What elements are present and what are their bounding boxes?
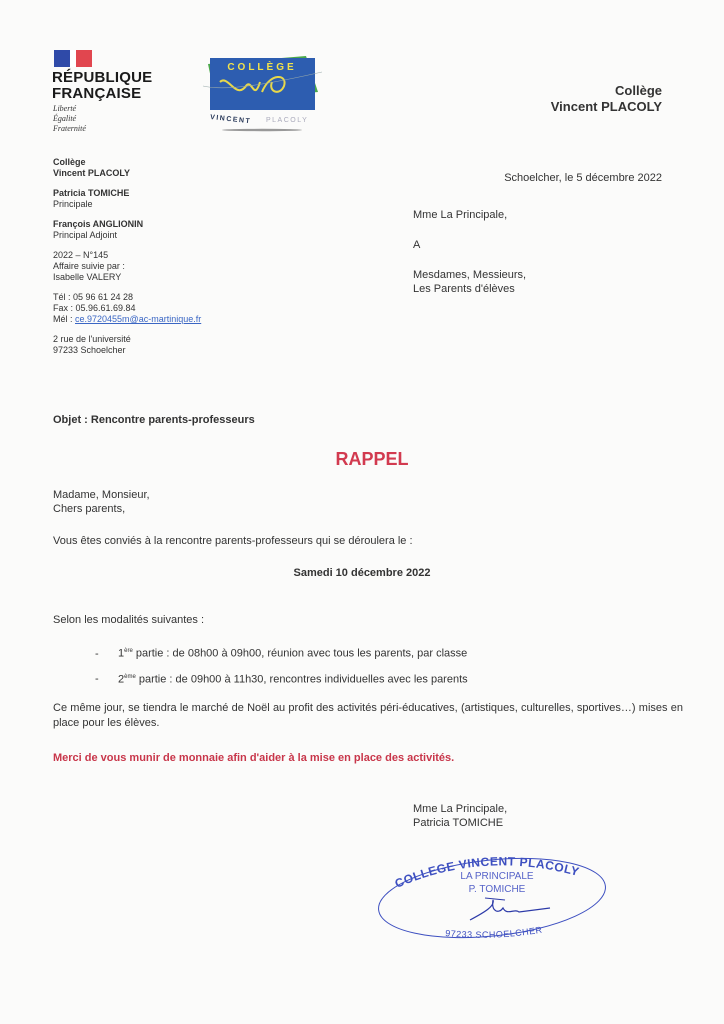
svg-text:COLLÈGE: COLLÈGE — [227, 60, 296, 73]
motto-egalite: Égalité — [53, 114, 86, 124]
sender-info: Collège Vincent PLACOLY Patricia TOMICHE… — [53, 157, 201, 365]
republique-francaise-flag-icon — [54, 50, 92, 67]
letter-body: Madame, Monsieur, Chers parents, Vous êt… — [53, 488, 673, 548]
signature-line2: Patricia TOMICHE — [413, 816, 507, 830]
bullet: - — [95, 643, 118, 666]
telephone: Tél : 05 96 61 24 28 — [53, 292, 201, 303]
college-logo: COLLÈGE VINCENT PLACOLY — [198, 52, 323, 132]
college-title-line2: Vincent PLACOLY — [551, 99, 662, 115]
item-text: partie : de 08h00 à 09h00, réunion avec … — [133, 648, 468, 660]
college-title: Collège Vincent PLACOLY — [551, 83, 662, 115]
principal-name: Patricia TOMICHE — [53, 188, 201, 199]
svg-text:P. TOMICHE: P. TOMICHE — [469, 884, 526, 895]
rappel-heading: RAPPEL — [0, 449, 724, 470]
modalites-list: -1ère partie : de 08h00 à 09h00, réunion… — [95, 640, 468, 691]
item-ordinal: ème — [124, 674, 136, 680]
recipient-to-line2: Les Parents d'élèves — [413, 282, 526, 296]
official-stamp: COLLEGE VINCENT PLACOLY LA PRINCIPALE P.… — [375, 852, 610, 942]
principal-title: Principale — [53, 199, 201, 210]
svg-text:97233 SCHOELCHER: 97233 SCHOELCHER — [445, 925, 543, 940]
motto-liberte: Liberté — [53, 104, 86, 114]
recipient-a: A — [413, 238, 526, 252]
email-line: Mél : ce.9720455m@ac-martinique.fr — [53, 314, 201, 325]
republic-motto: Liberté Égalité Fraternité — [53, 104, 86, 134]
item-ordinal: ère — [124, 648, 133, 654]
list-item: -1ère partie : de 08h00 à 09h00, réunion… — [95, 640, 468, 666]
college-title-line1: Collège — [551, 83, 662, 99]
svg-text:PLACOLY: PLACOLY — [266, 117, 308, 124]
recipient-from: Mme La Principale, — [413, 208, 526, 222]
item-text: partie : de 09h00 à 11h30, rencontres in… — [136, 673, 468, 685]
signature-block: Mme La Principale, Patricia TOMICHE — [413, 802, 507, 830]
affaire-label: Affaire suivie par : — [53, 261, 201, 272]
email-label: Mél : — [53, 314, 75, 324]
address-line1: 2 rue de l'université — [53, 334, 201, 345]
address-line2: 97233 Schoelcher — [53, 345, 201, 356]
event-date: Samedi 10 décembre 2022 — [0, 567, 724, 579]
subject-line: Objet : Rencontre parents-professeurs — [53, 414, 255, 426]
adjoint-title: Principal Adjoint — [53, 230, 201, 241]
merci-note: Merci de vous munir de monnaie afin d'ai… — [53, 752, 454, 764]
date-line: Schoelcher, le 5 décembre 2022 — [504, 172, 662, 184]
affaire-name: Isabelle VALERY — [53, 272, 201, 283]
republique-francaise-name: RÉPUBLIQUE FRANÇAISE — [52, 70, 152, 102]
fax: Fax : 05.96.61.69.84 — [53, 303, 201, 314]
intro-paragraph: Vous êtes conviés à la rencontre parents… — [53, 534, 673, 548]
signature-scribble — [470, 900, 550, 920]
salutation-2: Chers parents, — [53, 502, 673, 516]
republic-line2: FRANÇAISE — [52, 86, 152, 102]
marche-noel-paragraph: Ce même jour, se tiendra le marché de No… — [53, 701, 683, 731]
svg-text:VINCENT: VINCENT — [210, 114, 252, 125]
adjoint-name: François ANGLIONIN — [53, 219, 201, 230]
motto-fraternite: Fraternité — [53, 124, 86, 134]
bullet: - — [95, 668, 118, 691]
republic-line1: RÉPUBLIQUE — [52, 70, 152, 86]
salutation-1: Madame, Monsieur, — [53, 488, 673, 502]
svg-text:LA PRINCIPALE: LA PRINCIPALE — [460, 871, 534, 882]
sender-college-line2: Vincent PLACOLY — [53, 168, 201, 179]
reference-number: 2022 – N°145 — [53, 250, 201, 261]
recipient-to-line1: Mesdames, Messieurs, — [413, 268, 526, 282]
sender-college-line1: Collège — [53, 157, 201, 168]
signature-line1: Mme La Principale, — [413, 802, 507, 816]
modalites-intro: Selon les modalités suivantes : — [53, 614, 204, 626]
email-link[interactable]: ce.9720455m@ac-martinique.fr — [75, 314, 201, 324]
list-item: -2ème partie : de 09h00 à 11h30, rencont… — [95, 666, 468, 692]
recipient-block: Mme La Principale, A Mesdames, Messieurs… — [413, 208, 526, 296]
